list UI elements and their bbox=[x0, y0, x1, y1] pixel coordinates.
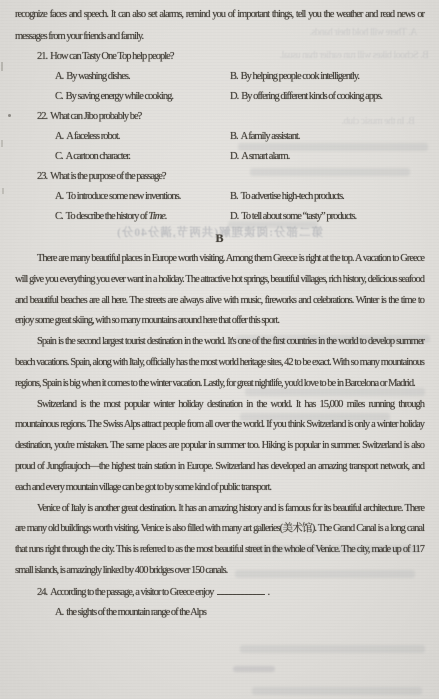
italic-title: Time. bbox=[148, 211, 166, 222]
questions-21-23: 21.How can Tasty One Top help people? A.… bbox=[15, 47, 424, 227]
option-21-c: C.By saving energy while cooking. bbox=[55, 87, 230, 107]
question-21-options-ab: A.By washing dishes. B.By helping people… bbox=[15, 67, 424, 87]
passage-b: There are many beautiful places in Europ… bbox=[15, 249, 424, 582]
option-label: A. bbox=[55, 131, 63, 142]
option-text: By saving energy while cooking. bbox=[66, 91, 173, 102]
question-23-options-ab: A.To introduce some new inventions. B.To… bbox=[15, 187, 424, 207]
exam-page: recognize faces and speech. It can also … bbox=[0, 0, 439, 699]
passage-a-continuation: recognize faces and speech. It can also … bbox=[15, 4, 424, 47]
option-text: To tell about some “tasty” products. bbox=[241, 211, 356, 222]
option-21-b: B.By helping people cook intelligently. bbox=[230, 67, 424, 87]
section-b-heading: B bbox=[15, 227, 424, 249]
paragraph-spain: Spain is the second largest tourist dest… bbox=[15, 332, 424, 394]
question-23: 23.What is the purpose of the passage? bbox=[15, 167, 424, 187]
option-text: A cartoon character. bbox=[66, 151, 130, 162]
question-22-options-ab: A.A faceless robot. B.A family assistant… bbox=[15, 127, 424, 147]
option-label: B. bbox=[230, 71, 238, 82]
question-text: How can Tasty One Top help people? bbox=[50, 51, 173, 62]
option-24-a: A.the sights of the mountain range of th… bbox=[55, 603, 230, 623]
paragraph-venice: Venice of Italy is another great destina… bbox=[15, 499, 424, 582]
option-label: D. bbox=[230, 211, 238, 222]
question-22-options-cd: C.A cartoon character. D.A smart alarm. bbox=[15, 147, 424, 167]
option-text: A faceless robot. bbox=[66, 131, 119, 142]
option-label: A. bbox=[55, 607, 63, 618]
option-23-c: C.To describe the history of Time. bbox=[55, 207, 230, 227]
paragraph-switzerland: Switzerland is the most popular winter h… bbox=[15, 395, 424, 499]
question-24-option-a-row: A.the sights of the mountain range of th… bbox=[15, 603, 424, 623]
paragraph-greece: There are many beautiful places in Europ… bbox=[15, 249, 424, 332]
option-text: By helping people cook intelligently. bbox=[241, 71, 359, 82]
question-number: 23. bbox=[37, 171, 47, 182]
option-22-c: C.A cartoon character. bbox=[55, 147, 230, 167]
option-text: the sights of the mountain range of the … bbox=[66, 607, 206, 618]
option-label: D. bbox=[230, 91, 238, 102]
option-label: A. bbox=[55, 71, 63, 82]
question-number: 21. bbox=[37, 51, 47, 62]
option-label: D. bbox=[230, 151, 238, 162]
option-text: To describe the history of bbox=[66, 211, 149, 222]
option-23-b: B.To advertise high-tech products. bbox=[230, 187, 424, 207]
question-21: 21.How can Tasty One Top help people? bbox=[15, 47, 424, 67]
option-text: A family assistant. bbox=[241, 131, 300, 142]
option-label: C. bbox=[55, 151, 63, 162]
option-22-d: D.A smart alarm. bbox=[230, 147, 424, 167]
option-text: To introduce some new inventions. bbox=[66, 191, 180, 202]
option-label: B. bbox=[230, 191, 238, 202]
option-text: A smart alarm. bbox=[241, 151, 289, 162]
question-24: 24.According to the passage, a visitor t… bbox=[15, 583, 424, 623]
option-label: B. bbox=[230, 131, 238, 142]
question-22: 22.What can Jibo probably be? bbox=[15, 107, 424, 127]
option-21-a: A.By washing dishes. bbox=[55, 67, 230, 87]
question-23-options-cd: C.To describe the history of Time. D.To … bbox=[15, 207, 424, 227]
question-number: 24. bbox=[37, 587, 47, 598]
option-23-a: A.To introduce some new inventions. bbox=[55, 187, 230, 207]
answer-blank bbox=[217, 585, 265, 595]
option-label: C. bbox=[55, 211, 63, 222]
question-21-options-cd: C.By saving energy while cooking. D.By o… bbox=[15, 87, 424, 107]
question-24-stem: 24.According to the passage, a visitor t… bbox=[15, 583, 424, 603]
option-text: To advertise high-tech products. bbox=[241, 191, 344, 202]
option-22-a: A.A faceless robot. bbox=[55, 127, 230, 147]
question-text: What can Jibo probably be? bbox=[50, 111, 141, 122]
option-22-b: B.A family assistant. bbox=[230, 127, 424, 147]
option-text: By offering different kinds of cooking a… bbox=[241, 91, 382, 102]
option-21-d: D.By offering different kinds of cooking… bbox=[230, 87, 424, 107]
question-text: What is the purpose of the passage? bbox=[50, 171, 165, 182]
option-text: By washing dishes. bbox=[66, 71, 129, 82]
question-text-period: . bbox=[267, 587, 269, 598]
question-number: 22. bbox=[37, 111, 47, 122]
question-text: According to the passage, a visitor to G… bbox=[50, 587, 213, 598]
option-23-d: D.To tell about some “tasty” products. bbox=[230, 207, 424, 227]
option-label: C. bbox=[55, 91, 63, 102]
option-label: A. bbox=[55, 191, 63, 202]
